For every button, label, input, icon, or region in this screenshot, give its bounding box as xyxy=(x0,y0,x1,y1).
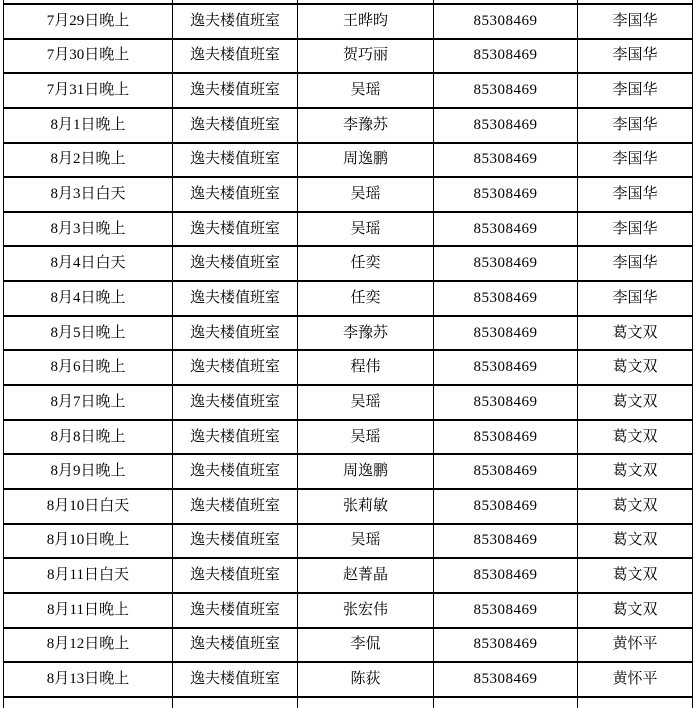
cell-duty-date: 8月3日晚上 xyxy=(4,213,173,248)
cell-person-name: 贺巧丽 xyxy=(298,40,434,75)
cell-phone-number: 85308469 xyxy=(434,455,578,490)
cell-phone-number: 85308469 xyxy=(434,282,578,317)
cell-person-name: 吴瑶 xyxy=(298,525,434,560)
cell-empty xyxy=(298,698,434,708)
cell-duty-date: 8月4日白天 xyxy=(4,247,173,282)
cell-duty-date: 8月5日晚上 xyxy=(4,317,173,352)
cell-phone-number: 85308469 xyxy=(434,247,578,282)
duty-roster-page: 7月29日晚上逸夫楼值班室王晔昀85308469李国华7月30日晚上逸夫楼值班室… xyxy=(0,0,694,708)
cell-phone-number: 85308469 xyxy=(434,109,578,144)
cell-empty xyxy=(578,698,693,708)
cell-person-name: 任奕 xyxy=(298,282,434,317)
cell-duty-location: 逸夫楼值班室 xyxy=(173,351,298,386)
cell-supervisor-name: 李国华 xyxy=(578,213,693,248)
cell-person-name: 张宏伟 xyxy=(298,594,434,629)
cell-phone-number: 85308469 xyxy=(434,421,578,456)
duty-roster-table: 7月29日晚上逸夫楼值班室王晔昀85308469李国华7月30日晚上逸夫楼值班室… xyxy=(3,0,692,708)
cell-duty-location: 逸夫楼值班室 xyxy=(173,386,298,421)
cell-person-name: 任奕 xyxy=(298,247,434,282)
cell-supervisor-name: 葛文双 xyxy=(578,490,693,525)
cell-phone-number: 85308469 xyxy=(434,144,578,179)
cell-duty-date: 8月7日晚上 xyxy=(4,386,173,421)
cell-duty-location: 逸夫楼值班室 xyxy=(173,490,298,525)
cell-phone-number: 85308469 xyxy=(434,40,578,75)
cell-supervisor-name: 李国华 xyxy=(578,109,693,144)
cell-duty-date: 8月11日晚上 xyxy=(4,594,173,629)
cell-duty-location: 逸夫楼值班室 xyxy=(173,247,298,282)
cell-phone-number: 85308469 xyxy=(434,559,578,594)
cell-person-name: 李豫苏 xyxy=(298,317,434,352)
cell-duty-date: 8月10日白天 xyxy=(4,490,173,525)
cell-phone-number: 85308469 xyxy=(434,213,578,248)
cell-duty-date: 8月8日晚上 xyxy=(4,421,173,456)
cell-phone-number: 85308469 xyxy=(434,663,578,698)
cell-person-name: 李豫苏 xyxy=(298,109,434,144)
cell-duty-date: 8月12日晚上 xyxy=(4,629,173,664)
cell-person-name: 吴瑶 xyxy=(298,213,434,248)
cell-supervisor-name: 黄怀平 xyxy=(578,629,693,664)
cell-duty-date: 8月3日白天 xyxy=(4,178,173,213)
cell-duty-location: 逸夫楼值班室 xyxy=(173,455,298,490)
cell-person-name: 吴瑶 xyxy=(298,178,434,213)
cell-phone-number: 85308469 xyxy=(434,490,578,525)
cell-person-name: 赵菁晶 xyxy=(298,559,434,594)
cell-empty xyxy=(173,698,298,708)
cell-supervisor-name: 黄怀平 xyxy=(578,663,693,698)
cell-duty-location: 逸夫楼值班室 xyxy=(173,213,298,248)
cell-supervisor-name: 葛文双 xyxy=(578,351,693,386)
cell-duty-location: 逸夫楼值班室 xyxy=(173,178,298,213)
cell-supervisor-name: 李国华 xyxy=(578,247,693,282)
cell-person-name: 程伟 xyxy=(298,351,434,386)
cell-duty-date: 8月10日晚上 xyxy=(4,525,173,560)
cell-empty xyxy=(4,698,173,708)
cell-duty-date: 8月4日晚上 xyxy=(4,282,173,317)
cell-supervisor-name: 葛文双 xyxy=(578,386,693,421)
cell-phone-number: 85308469 xyxy=(434,594,578,629)
cell-duty-location: 逸夫楼值班室 xyxy=(173,109,298,144)
cell-duty-location: 逸夫楼值班室 xyxy=(173,282,298,317)
cell-duty-date: 8月2日晚上 xyxy=(4,144,173,179)
cell-duty-location: 逸夫楼值班室 xyxy=(173,74,298,109)
cell-phone-number: 85308469 xyxy=(434,629,578,664)
cell-phone-number: 85308469 xyxy=(434,178,578,213)
cell-duty-location: 逸夫楼值班室 xyxy=(173,663,298,698)
cell-supervisor-name: 李国华 xyxy=(578,74,693,109)
cell-duty-location: 逸夫楼值班室 xyxy=(173,525,298,560)
cell-supervisor-name: 葛文双 xyxy=(578,317,693,352)
cell-person-name: 周逸鹏 xyxy=(298,455,434,490)
cell-person-name: 吴瑶 xyxy=(298,386,434,421)
cell-supervisor-name: 李国华 xyxy=(578,5,693,40)
cell-duty-location: 逸夫楼值班室 xyxy=(173,559,298,594)
cell-duty-date: 8月13日晚上 xyxy=(4,663,173,698)
cell-duty-location: 逸夫楼值班室 xyxy=(173,629,298,664)
cell-duty-location: 逸夫楼值班室 xyxy=(173,40,298,75)
cell-duty-date: 7月29日晚上 xyxy=(4,5,173,40)
cell-phone-number: 85308469 xyxy=(434,386,578,421)
cell-supervisor-name: 葛文双 xyxy=(578,421,693,456)
cell-duty-location: 逸夫楼值班室 xyxy=(173,594,298,629)
cell-supervisor-name: 葛文双 xyxy=(578,559,693,594)
cell-person-name: 王晔昀 xyxy=(298,5,434,40)
cell-duty-date: 8月9日晚上 xyxy=(4,455,173,490)
cell-person-name: 陈荻 xyxy=(298,663,434,698)
cell-supervisor-name: 李国华 xyxy=(578,282,693,317)
cell-duty-location: 逸夫楼值班室 xyxy=(173,5,298,40)
cell-duty-date: 7月30日晚上 xyxy=(4,40,173,75)
cell-phone-number: 85308469 xyxy=(434,525,578,560)
cell-supervisor-name: 李国华 xyxy=(578,144,693,179)
cell-phone-number: 85308469 xyxy=(434,74,578,109)
cell-empty xyxy=(434,698,578,708)
cell-phone-number: 85308469 xyxy=(434,5,578,40)
cell-person-name: 李侃 xyxy=(298,629,434,664)
cell-person-name: 周逸鹏 xyxy=(298,144,434,179)
cell-phone-number: 85308469 xyxy=(434,351,578,386)
cell-duty-date: 8月6日晚上 xyxy=(4,351,173,386)
cell-supervisor-name: 李国华 xyxy=(578,178,693,213)
cell-phone-number: 85308469 xyxy=(434,317,578,352)
cell-person-name: 张莉敏 xyxy=(298,490,434,525)
cell-person-name: 吴瑶 xyxy=(298,421,434,456)
cell-duty-date: 8月1日晚上 xyxy=(4,109,173,144)
cell-duty-date: 7月31日晚上 xyxy=(4,74,173,109)
cell-supervisor-name: 葛文双 xyxy=(578,455,693,490)
cell-duty-location: 逸夫楼值班室 xyxy=(173,421,298,456)
cell-duty-location: 逸夫楼值班室 xyxy=(173,317,298,352)
cell-supervisor-name: 葛文双 xyxy=(578,594,693,629)
cell-supervisor-name: 李国华 xyxy=(578,40,693,75)
cell-duty-location: 逸夫楼值班室 xyxy=(173,144,298,179)
cell-person-name: 吴瑶 xyxy=(298,74,434,109)
cell-duty-date: 8月11日白天 xyxy=(4,559,173,594)
cell-supervisor-name: 葛文双 xyxy=(578,525,693,560)
